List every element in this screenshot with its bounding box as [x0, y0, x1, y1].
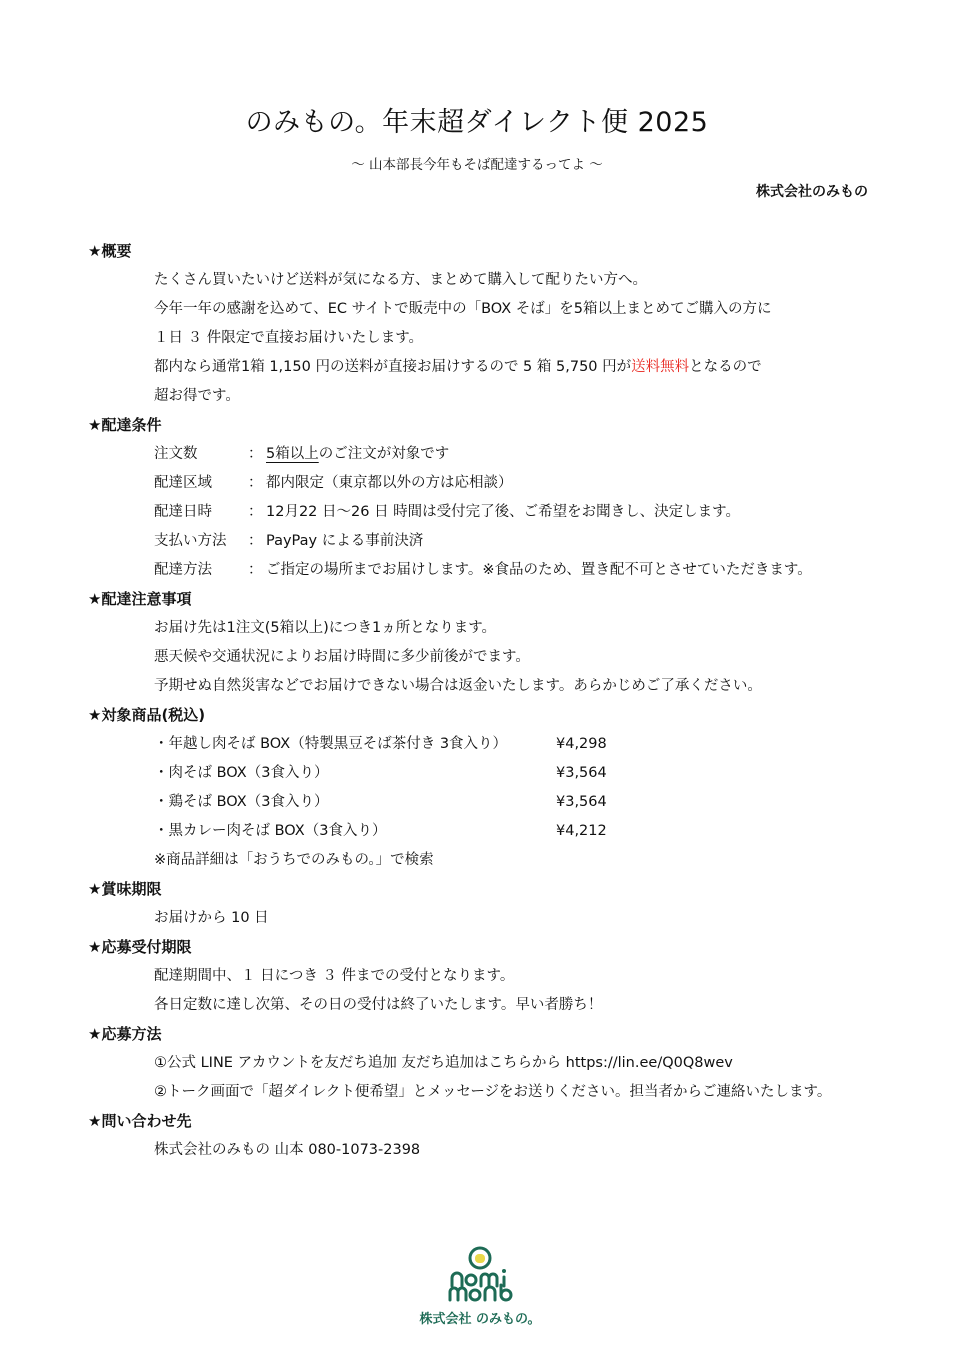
note-line: 予期せぬ自然災害などでお届けできない場合は返金いたします。あらかじめご了承くださ… — [88, 672, 888, 701]
product-price: ¥3,564 — [556, 788, 607, 817]
condition-row: 配達区域 ： 都内限定（東京都以外の方は応相談） — [88, 469, 888, 498]
section-heading-contact: ★問い合わせ先 — [88, 1107, 888, 1136]
condition-value-text: のご注文が対象です — [319, 446, 450, 462]
logo-company-text: 株式会社 のみもの。 — [410, 1308, 550, 1327]
condition-row: 支払い方法 ： PayPay による事前決済 — [88, 527, 888, 556]
condition-label: 配達日時 — [154, 498, 248, 527]
apply-step-2: ②トーク画面で「超ダイレクト便希望」とメッセージをお送りください。担当者からご連… — [88, 1078, 888, 1107]
free-shipping-highlight: 送料無料 — [631, 359, 689, 375]
overview-line: 今年一年の感謝を込めて、EC サイトで販売中の「BOX そば」を5箱以上まとめて… — [88, 295, 888, 324]
overview-line: たくさん買いたいけど送料が気になる方、まとめて購入して配りたい方へ。 — [88, 266, 888, 295]
product-name: ・黒カレー肉そば BOX（3食入り） — [154, 817, 556, 846]
document-title: のみもの。年末超ダイレクト便 2025 — [0, 100, 954, 139]
overview-text: となるので — [689, 359, 762, 375]
product-row: ・肉そば BOX（3食入り） ¥3,564 — [88, 759, 888, 788]
condition-label: 配達区域 — [154, 469, 248, 498]
condition-colon: ： — [248, 498, 266, 527]
deadline-line: 配達期間中、１ 日につき ３ 件までの受付となります。 — [88, 962, 888, 991]
condition-colon: ： — [248, 527, 266, 556]
condition-label: 配達方法 — [154, 556, 248, 585]
condition-value: 5箱以上のご注文が対象です — [266, 440, 449, 469]
company-logo: 株式会社 のみもの。 — [410, 1246, 550, 1327]
apply-step-1[interactable]: ①公式 LINE アカウントを友だち追加 友だち追加はこちらから https:/… — [88, 1049, 888, 1078]
product-price: ¥4,298 — [556, 730, 607, 759]
product-row: ・年越し肉そば BOX（特製黒豆そば茶付き 3食入り） ¥4,298 — [88, 730, 888, 759]
condition-colon: ： — [248, 440, 266, 469]
condition-value: PayPay による事前決済 — [266, 527, 423, 556]
product-price: ¥3,564 — [556, 759, 607, 788]
overview-line: 都内なら通常1箱 1,150 円の送料が直接お届けするので 5 箱 5,750 … — [88, 353, 888, 382]
condition-value: 12月22 日～26 日 時間は受付完了後、ご希望をお聞きし、決定します。 — [266, 498, 740, 527]
product-row: ・黒カレー肉そば BOX（3食入り） ¥4,212 — [88, 817, 888, 846]
product-name: ・肉そば BOX（3食入り） — [154, 759, 556, 788]
overview-line: １日 ３ 件限定で直接お届けいたします。 — [88, 324, 888, 353]
condition-label: 支払い方法 — [154, 527, 248, 556]
overview-line: 超お得です。 — [88, 382, 888, 411]
underlined-text: 5箱以上 — [266, 446, 319, 462]
overview-text: 都内なら通常1箱 1,150 円の送料が直接お届けするので 5 箱 5,750 … — [154, 359, 631, 375]
product-note: ※商品詳細は「おうちでのみもの。」で検索 — [88, 846, 888, 875]
condition-row: 配達方法 ： ご指定の場所までお届けします。※食品のため、置き配不可とさせていた… — [88, 556, 888, 585]
section-heading-overview: ★概要 — [88, 237, 888, 266]
deadline-line: 各日定数に達し次第、その日の受付は終了いたします。早い者勝ち！ — [88, 991, 888, 1020]
section-heading-products: ★対象商品(税込) — [88, 701, 888, 730]
condition-label: 注文数 — [154, 440, 248, 469]
contact-line: 株式会社のみもの 山本 080-1073-2398 — [88, 1136, 888, 1165]
note-line: お届け先は1注文(5箱以上)につき1ヵ所となります。 — [88, 614, 888, 643]
company-name: 株式会社のみもの — [756, 181, 868, 201]
product-price: ¥4,212 — [556, 817, 607, 846]
condition-value: 都内限定（東京都以外の方は応相談） — [266, 469, 513, 498]
section-heading-apply: ★応募方法 — [88, 1020, 888, 1049]
shelf-life-line: お届けから 10 日 — [88, 904, 888, 933]
document-subtitle: ～ 山本部長今年もそば配達するってよ ～ — [0, 153, 954, 173]
note-line: 悪天候や交通状況によりお届け時間に多少前後がでます。 — [88, 643, 888, 672]
condition-colon: ： — [248, 469, 266, 498]
product-row: ・鶏そば BOX（3食入り） ¥3,564 — [88, 788, 888, 817]
section-heading-notes: ★配達注意事項 — [88, 585, 888, 614]
section-heading-conditions: ★配達条件 — [88, 411, 888, 440]
document-body: ★概要 たくさん買いたいけど送料が気になる方、まとめて購入して配りたい方へ。 今… — [88, 237, 888, 1165]
condition-colon: ： — [248, 556, 266, 585]
condition-row: 配達日時 ： 12月22 日～26 日 時間は受付完了後、ご希望をお聞きし、決定… — [88, 498, 888, 527]
nomimono-logo-icon — [430, 1246, 530, 1302]
condition-value: ご指定の場所までお届けします。※食品のため、置き配不可とさせていただきます。 — [266, 556, 812, 585]
product-name: ・鶏そば BOX（3食入り） — [154, 788, 556, 817]
section-heading-deadline: ★応募受付期限 — [88, 933, 888, 962]
product-name: ・年越し肉そば BOX（特製黒豆そば茶付き 3食入り） — [154, 730, 556, 759]
condition-row: 注文数 ： 5箱以上のご注文が対象です — [88, 440, 888, 469]
section-heading-shelf-life: ★賞味期限 — [88, 875, 888, 904]
